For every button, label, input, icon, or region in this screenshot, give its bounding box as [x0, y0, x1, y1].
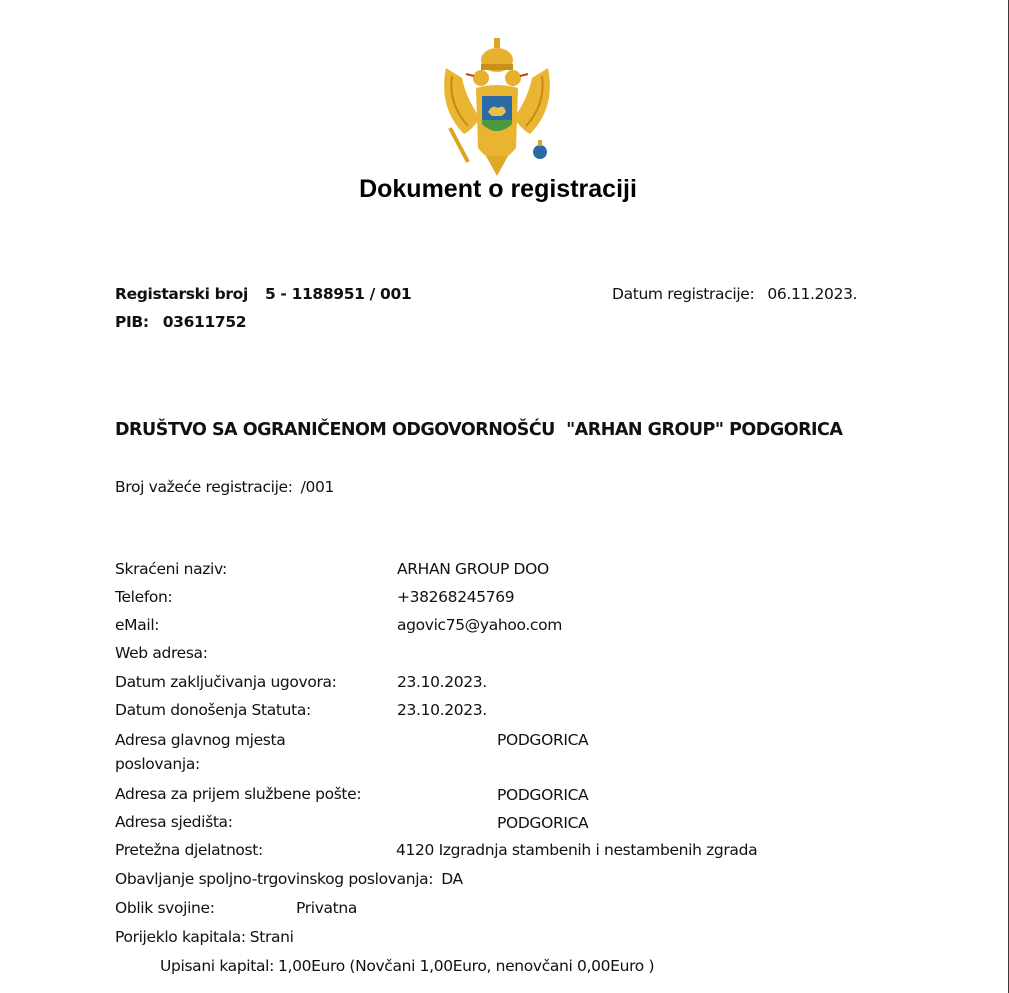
short-name-label: Skraćeni naziv: — [115, 560, 227, 578]
document-title: Dokument o registraciji — [0, 175, 996, 204]
valid-registration-value: /001 — [301, 478, 334, 496]
statute-date-value: 23.10.2023. — [397, 701, 487, 719]
montenegro-coat-of-arms-icon — [436, 38, 558, 178]
foreign-trade: Obavljanje spoljno-trgovinskog poslovanj… — [115, 870, 463, 888]
foreign-trade-value: DA — [441, 870, 463, 888]
phone-value: +38268245769 — [397, 588, 514, 606]
subscribed-capital: Upisani kapital:1,00Euro (Novčani 1,00Eu… — [160, 957, 654, 975]
pib-label: PIB: — [115, 313, 149, 331]
mail-address-label: Adresa za prijem službene pošte: — [115, 785, 361, 803]
registration-number-value: 5 - 1188951 / 001 — [265, 285, 411, 303]
capital-origin-value: Strani — [250, 928, 294, 946]
seat-address-value: PODGORICA — [497, 814, 588, 832]
pib: PIB:03611752 — [115, 313, 246, 331]
ownership-form-label: Oblik svojine: — [115, 899, 215, 917]
subscribed-capital-label: Upisani kapital: — [160, 957, 274, 975]
short-name-value: ARHAN GROUP DOO — [397, 560, 549, 578]
subscribed-capital-value: 1,00Euro (Novčani 1,00Euro, nenovčani 0,… — [278, 957, 654, 975]
capital-origin: Porijeklo kapitala:Strani — [115, 928, 294, 946]
company-full-name: DRUŠTVO SA OGRANIČENOM ODGOVORNOŠĆU "ARH… — [115, 420, 842, 440]
ownership-form-value: Privatna — [296, 899, 357, 917]
foreign-trade-label: Obavljanje spoljno-trgovinskog poslovanj… — [115, 870, 433, 888]
main-business-address-label: Adresa glavnog mjesta poslovanja: — [115, 728, 355, 776]
email-label: eMail: — [115, 616, 159, 634]
mail-address-value: PODGORICA — [497, 786, 588, 804]
document-page: Dokument o registraciji Registarski broj… — [0, 0, 1008, 993]
capital-origin-label: Porijeklo kapitala: — [115, 928, 246, 946]
valid-registration: Broj važeće registracije:/001 — [115, 478, 334, 496]
valid-registration-label: Broj važeće registracije: — [115, 478, 293, 496]
statute-date-label: Datum donošenja Statuta: — [115, 701, 311, 719]
contract-date-value: 23.10.2023. — [397, 673, 487, 691]
main-business-address-value: PODGORICA — [497, 731, 588, 749]
registration-number-label: Registarski broj — [115, 285, 248, 303]
registration-number: Registarski broj5 - 1188951 / 001 — [115, 285, 411, 303]
phone-label: Telefon: — [115, 588, 172, 606]
main-activity-value: 4120 Izgradnja stambenih i nestambenih z… — [396, 841, 757, 859]
registration-date-label: Datum registracije: — [612, 285, 754, 303]
email-value: agovic75@yahoo.com — [397, 616, 562, 634]
contract-date-label: Datum zaključivanja ugovora: — [115, 673, 337, 691]
registration-date-value: 06.11.2023. — [767, 285, 857, 303]
pib-value: 03611752 — [163, 313, 246, 331]
registration-date: Datum registracije:06.11.2023. — [612, 285, 857, 303]
seat-address-label: Adresa sjedišta: — [115, 813, 233, 831]
web-label: Web adresa: — [115, 644, 208, 662]
main-activity-label: Pretežna djelatnost: — [115, 841, 263, 859]
